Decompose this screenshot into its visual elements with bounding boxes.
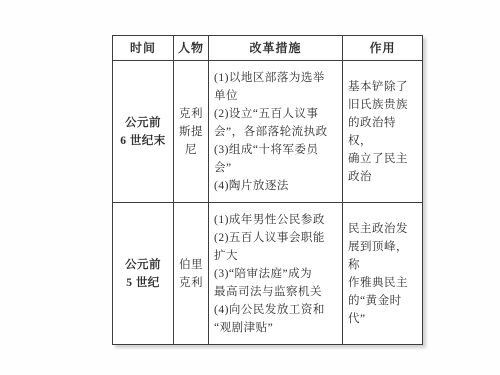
header-measures: 改革措施 (209, 36, 343, 61)
cell-measures-2: (1)成年男性公民参政 (2)五百人议事会职能 扩大 (3)“陪审法庭”成为 最… (209, 203, 343, 345)
cell-effect-1: 基本铲除了 旧氏族贵族 的政治特权， 确立了民主 政治 (343, 61, 423, 203)
cell-effect-2: 民主政治发 展到顶峰，称 作雅典民主 的“黄金时 代” (343, 203, 423, 345)
table-row-cleisthenes: 公元前 6 世纪末 克利 斯提 尼 (1)以地区部落为选举 单位 (2)设立“五… (113, 61, 423, 203)
cell-time-1: 公元前 6 世纪末 (113, 61, 174, 203)
cell-measures-1: (1)以地区部落为选举 单位 (2)设立“五百人议事 会”，各部落轮流执政 (3… (209, 61, 343, 203)
page-background: 时间 人物 改革措施 作用 公元前 6 世纪末 克利 斯提 尼 (1)以地区部落… (0, 0, 500, 375)
cell-person-1: 克利 斯提 尼 (174, 61, 209, 203)
header-time: 时间 (113, 36, 174, 61)
cell-time-2: 公元前 5 世纪 (113, 203, 174, 345)
header-row: 时间 人物 改革措施 作用 (113, 36, 423, 61)
header-effect: 作用 (343, 36, 423, 61)
cell-person-2: 伯里 克利 (174, 203, 209, 345)
table-row-pericles: 公元前 5 世纪 伯里 克利 (1)成年男性公民参政 (2)五百人议事会职能 扩… (113, 203, 423, 345)
header-person: 人物 (174, 36, 209, 61)
athens-reform-table: 时间 人物 改革措施 作用 公元前 6 世纪末 克利 斯提 尼 (1)以地区部落… (112, 35, 423, 345)
